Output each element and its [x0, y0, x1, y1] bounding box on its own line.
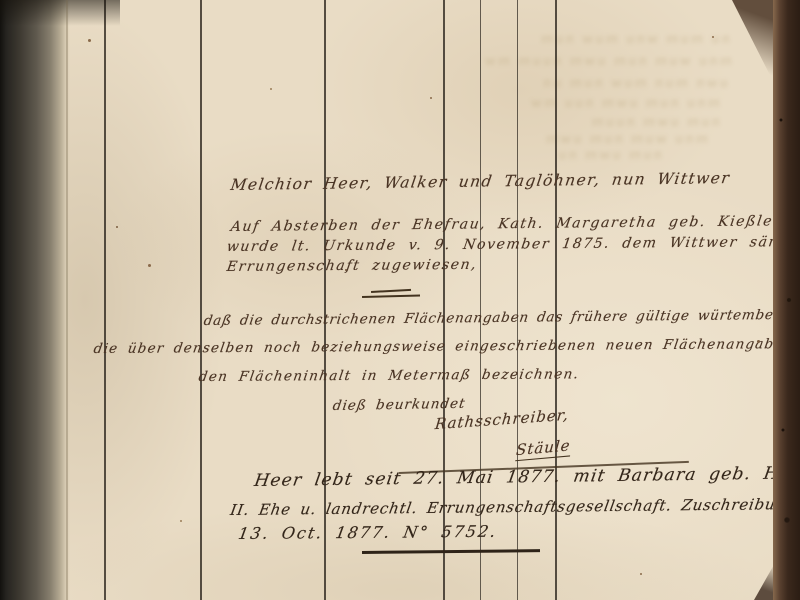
- worn-page-edge-right: [773, 0, 800, 600]
- bleedthrough-ghost-line: mnu wum num uwm nuum mw: [432, 54, 732, 69]
- handwriting-note3-line1: Heer lebt seit 27. Mai 1877. mit Barbara…: [253, 463, 800, 491]
- column-rule-line: [104, 0, 106, 600]
- column-rule-line: [200, 0, 202, 600]
- entry-underline: [362, 549, 540, 553]
- handwriting-note3-line2: II. Ehe u. landrechtl. Errungenschaftsge…: [229, 495, 800, 519]
- paper-stain: [430, 97, 432, 99]
- paper-stain: [345, 269, 347, 271]
- register-page-scan: nu mum wnu muw num mnu wum num uwm nuum …: [0, 0, 800, 600]
- paper-stain: [116, 226, 118, 228]
- bleedthrough-ghost-line: mnu wum num uwm: [458, 132, 708, 147]
- bleedthrough-ghost-line: uwn mun muw num un: [468, 76, 728, 91]
- paper-stain: [88, 39, 91, 42]
- handwriting-note1-line1: Auf Absterben der Ehefrau, Kath. Margare…: [230, 213, 800, 235]
- paper-stain: [270, 88, 272, 90]
- paper-stain: [180, 520, 182, 522]
- handwriting-note2-line3: den Flächeninhalt in Metermaß bezeichnen…: [198, 366, 581, 385]
- handwriting-attestation: dieß beurkundet: [332, 396, 467, 414]
- paper-stain: [148, 264, 151, 267]
- clerk-signature: Stäule: [515, 436, 571, 461]
- separator-dash-mark: [371, 289, 411, 293]
- handwriting-note2-line1: daß die durchstrichenen Flächenangaben d…: [203, 306, 800, 329]
- handwriting-note3-line3: 13. Oct. 1877. N° 5752.: [237, 522, 499, 543]
- binding-shadow: [0, 0, 120, 26]
- handwriting-header-line: Melchior Heer, Walker und Taglöhner, nun…: [229, 169, 731, 194]
- separator-dash-mark: [362, 294, 420, 298]
- bleedthrough-ghost-line: mnu num uwm nuu mw: [450, 96, 720, 111]
- bleedthrough-ghost-line: num uwm nuum: [500, 115, 720, 130]
- handwriting-note1-line3: Errungenschaft zugewiesen,: [226, 257, 479, 275]
- paper-stain: [757, 340, 760, 343]
- handwriting-note2-line2: die über denselben noch beziehungsweise …: [93, 336, 795, 357]
- paper-stain: [640, 573, 642, 575]
- bleedthrough-ghost-line: nu mum wnu muw num: [450, 32, 730, 47]
- paper-edge: [66, 0, 68, 600]
- paper-stain: [712, 36, 714, 38]
- handwriting-note1-line2: wurde lt. Urkunde v. 9. November 1875. d…: [226, 234, 800, 255]
- book-binding-gutter: [0, 0, 70, 600]
- bleedthrough-ghost-line: num uwm nu: [482, 148, 662, 163]
